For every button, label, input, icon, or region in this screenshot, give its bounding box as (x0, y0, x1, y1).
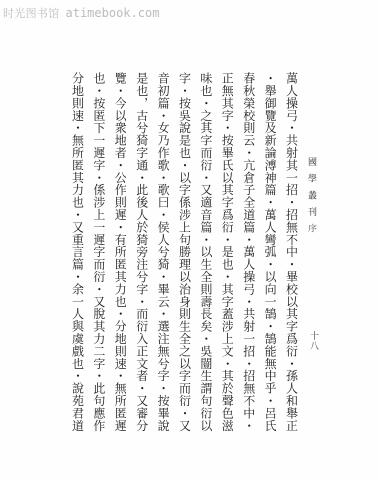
text-column: 正無其字・按畢氏以其字爲衍・是也・其字蓋涉上文・其於聲色滋 (220, 72, 233, 434)
text-column: 味也・之其字而衍・又適音篇・以生全則壽長矣・吳闓生謂句衍以 (199, 72, 212, 434)
text-column: 字・按吳說是也・以字係涉上句勝理以治身則生全之以字而衍・又 (178, 72, 191, 434)
text-column: 音初篇・女乃作歌・歌曰・侯人兮猗・畢云・選注無兮字・按畢說 (156, 72, 169, 434)
running-head-title: 國學叢刊 (306, 157, 316, 224)
text-column: ・舉御覽及新論溥神篇・萬人彎弧・以向一鵠・鵠能無中乎・呂氏 (263, 72, 276, 434)
text-column: 萬人操弓・共射其一招・招無不中・畢校以其字爲衍・孫人和舉正 (285, 72, 298, 434)
text-column: 覽・今以衆地者・公作則遲・有所匿其力也・分地則速・無所匿遲 (113, 72, 126, 434)
text-column: 春秋榮校則云・亢倉子全道篇・萬人操弓・共射一招・招無不中・ (242, 72, 255, 434)
page-number: 十八 (308, 331, 318, 351)
text-column: 也・按匿下一遲字・係涉上一遲字而衍・又脫其力二字・此句應作 (92, 72, 105, 434)
watermark-site-name: 时光图书馆 (3, 7, 60, 20)
watermark-url: atimebook.com (66, 6, 160, 20)
text-column: 分地則速・無所匿其力也・又重言篇・余一人與虞戲也・說苑君道 (71, 72, 84, 434)
book-page: 时光图书馆atimebook.com 國學叢刊序 十八 萬人操弓・共射其一招・招… (0, 0, 378, 480)
text-column: 是也，古兮猗字通・此後人於猗旁注兮字・而衍入正文者・又審分 (135, 72, 148, 434)
running-head: 國學叢刊序 (306, 157, 316, 241)
running-head-section: 序 (306, 224, 316, 241)
watermark: 时光图书馆atimebook.com (3, 5, 159, 20)
